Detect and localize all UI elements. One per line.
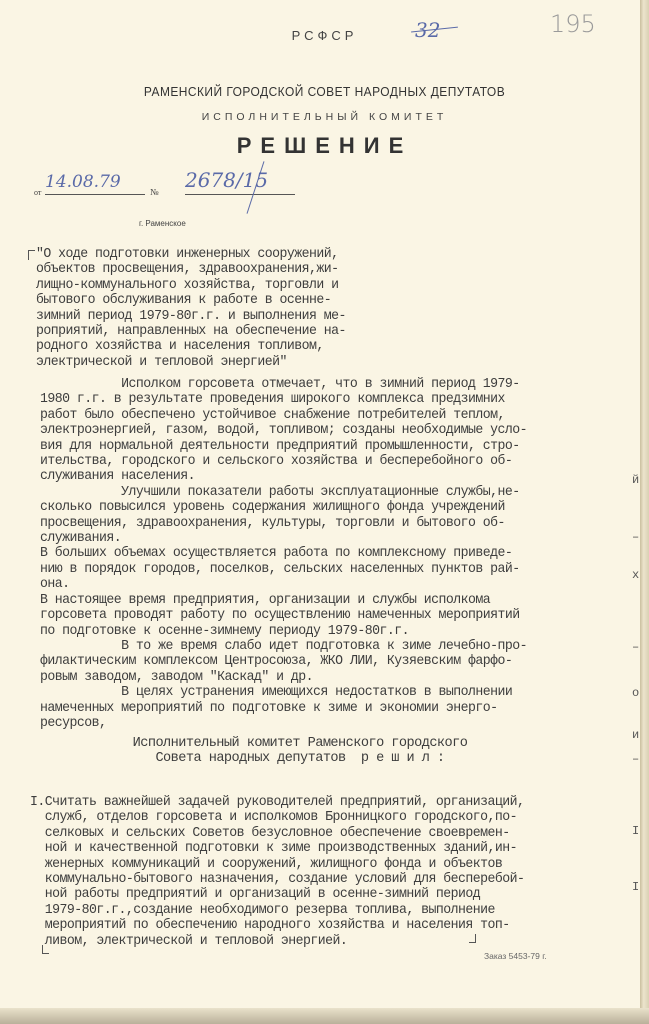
body-line: В настоящее время предприятия, организац… [40, 593, 527, 608]
title-line: бытового обслуживания к работе в осенне- [36, 293, 346, 308]
date-label: от [34, 188, 41, 197]
block-corner-mark [42, 945, 49, 954]
print-order-number: Заказ 5453-79 г. [484, 951, 547, 961]
resolution-line: ной работы предприятий и организаций в о… [30, 887, 524, 902]
body-line: В целях устранения имеющихся недостатков… [40, 685, 527, 700]
body-line: Исполком горсовета отмечает, что в зимни… [40, 377, 527, 392]
decision-date: 14.08.79 [45, 172, 145, 195]
preamble-text: Исполком горсовета отмечает, что в зимни… [40, 377, 542, 731]
title-line: роприятий, направленных на обеспечение н… [36, 324, 346, 339]
resolution-line: 1979-80г.г.,создание необходимого резерв… [30, 903, 524, 918]
title-line: родного хозяйства и населения топливом, [36, 339, 346, 354]
resolution-line: служб, отделов горсовета и исполкомов Бр… [30, 810, 524, 825]
body-line: вия для нормальной деятельности предприя… [40, 439, 527, 454]
margin-char: I [632, 880, 639, 894]
margin-char: – [632, 640, 639, 654]
resolution-line: коммунально-бытового назначения, создани… [30, 872, 524, 887]
resolution-line: I.Считать важнейшей задачей руководителе… [30, 795, 524, 810]
decided-line: Совета народных депутатов р е ш и л : [0, 751, 600, 766]
margin-char: и [632, 728, 639, 742]
title-line: лищно-коммунального хозяйства, торговли … [36, 278, 346, 293]
body-line: служивания. [40, 531, 527, 546]
resolution-line: женерных коммуникаций и сооружений, жили… [30, 857, 524, 872]
title-line: "О ходе подготовки инженерных сооружений… [36, 247, 346, 262]
committee-name: ИСПОЛНИТЕЛЬНЫЙ КОМИТЕТ [0, 111, 649, 123]
body-line: ительства, городского и сельского хозяйс… [40, 454, 527, 469]
body-line: по подготовке к осенне-зимнему периоду 1… [40, 624, 527, 639]
decided-heading: Исполнительный комитет Раменского городс… [0, 736, 600, 767]
body-line: она. [40, 577, 527, 592]
body-line: нию в порядок городов, поселков, сельски… [40, 562, 527, 577]
title-corner-mark [28, 250, 35, 260]
city-name: г. Раменское [139, 219, 186, 228]
decided-line: Исполнительный комитет Раменского городс… [0, 736, 600, 751]
body-line: 1980 г.г. в результате проведения широко… [40, 392, 527, 407]
body-line: просвещения, здравоохранения, культуры, … [40, 516, 527, 531]
margin-char: о [632, 686, 639, 700]
resolution-line: ливом, электрической и тепловой энергией… [30, 934, 524, 949]
margin-char: – [632, 530, 639, 544]
block-corner-mark [469, 934, 476, 943]
margin-char: I [632, 824, 639, 838]
handwritten-sheet-number: 195 [550, 10, 596, 38]
body-line: ресурсов, [40, 716, 527, 731]
body-line: сколько повысился уровень содержания жил… [40, 500, 527, 515]
decision-number: 2678/15 [185, 168, 295, 195]
title-line: зимний период 1979-80г.г. и выполнения м… [36, 309, 346, 324]
body-line: намеченных мероприятий по подготовке к з… [40, 701, 527, 716]
resolution-item-1: I.Считать важнейшей задачей руководителе… [30, 795, 540, 949]
resolution-line: селковых и сельских Советов безусловное … [30, 826, 524, 841]
margin-char: й [632, 473, 639, 487]
document-type-title: РЕШЕНИЕ [0, 133, 649, 159]
body-line: Улучшили показатели работы эксплуатацион… [40, 485, 527, 500]
document-page: РСФСР 32 195 РАМЕНСКИЙ ГОРОДСКОЙ СОВЕТ Н… [0, 0, 641, 1012]
body-line: В то же время слабо идет подготовка к зи… [40, 639, 527, 654]
handwritten-crossed-sheet-number: 32 [415, 18, 440, 42]
underlying-page-edge [640, 0, 649, 1024]
body-line: филактическим комплексом Центросоюза, ЖК… [40, 654, 527, 669]
margin-char: – [632, 752, 639, 766]
title-line: электрической и тепловой энергией" [36, 355, 346, 370]
margin-char: х [632, 568, 639, 582]
resolution-line: ной и качественной подготовки к зиме про… [30, 841, 524, 856]
body-line: горсовета проводят работу по осуществлен… [40, 608, 527, 623]
body-line: служивания населения. [40, 469, 527, 484]
body-line: ровым заводом, заводом "Каскад" и др. [40, 670, 527, 685]
body-line: В больших объемах осуществляется работа … [40, 546, 527, 561]
title-line: объектов просвещения, здравоохранения,жи… [36, 262, 346, 277]
decision-title: "О ходе подготовки инженерных сооружений… [36, 247, 356, 370]
body-line: электроэнергией, газом, водой, топливом;… [40, 423, 527, 438]
page-bottom-edge [0, 1008, 649, 1024]
number-label: № [150, 187, 159, 197]
resolution-line: мероприятий по обеспечению народного хоз… [30, 918, 524, 933]
body-line: работ было обеспечено устойчивое снабжен… [40, 408, 527, 423]
council-name: РАМЕНСКИЙ ГОРОДСКОЙ СОВЕТ НАРОДНЫХ ДЕПУТ… [26, 84, 623, 99]
